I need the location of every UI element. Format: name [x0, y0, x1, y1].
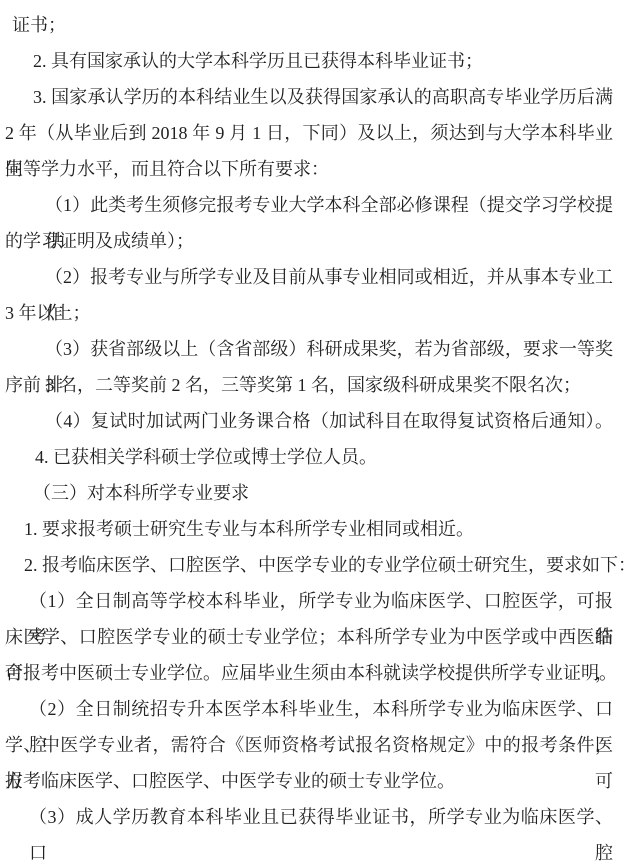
text-line: 3 年以上； — [5, 295, 613, 331]
text-line: 可报考中医硕士专业学位。应届毕业生须由本科就读学校提供所学专业证明。 — [5, 655, 613, 691]
text-line: （4）复试时加试两门业务课合格（加试科目在取得复试资格后通知）。 — [45, 403, 613, 439]
text-line: （3）获省部级以上（含省部级）科研成果奖，若为省部级，要求一等奖排 — [45, 331, 613, 367]
text-line: （三）对本科所学专业要求 — [33, 475, 613, 511]
text-line: 1. 要求报考硕士研究生专业与本科所学专业相同或相近。 — [24, 511, 613, 547]
text-line: （3）成人学历教育本科毕业且已获得毕业证书，所学专业为临床医学、口腔 — [29, 799, 613, 835]
text-line: 2 年（从毕业后到 2018 年 9 月 1 日，下同）及以上，须达到与大学本科… — [5, 115, 613, 151]
document-page: 证书； 2. 具有国家承认的大学本科学历且已获得本科毕业证书； 3. 国家承认学… — [0, 0, 632, 862]
text-line: （1）此类考生须修完报考专业大学本科全部必修课程（提交学习学校提供 — [45, 187, 613, 223]
text-line: 4. 已获相关学科硕士学位或博士学位人员。 — [35, 439, 613, 475]
text-line: （1）全日制高等学校本科毕业，所学专业为临床医学、口腔医学，可报考临 — [29, 583, 613, 619]
text-line: 床医学、口腔医学专业的硕士专业学位；本科所学专业为中医学或中西医结合， — [5, 619, 613, 655]
text-line: （2）报考专业与所学专业及目前从事专业相同或相近，并从事本专业工作 — [45, 259, 613, 295]
text-line: 序前 3 名，二等奖前 2 名，三等奖第 1 名，国家级科研成果奖不限名次； — [5, 367, 613, 403]
text-line: 2. 具有国家承认的大学本科学历且已获得本科毕业证书； — [33, 43, 613, 79]
text-line: 学、中医学专业者，需符合《医师资格考试报名资格规定》中的报考条件，方可 — [5, 727, 613, 763]
text-line: 同等学力水平，而且符合以下所有要求： — [5, 151, 613, 187]
text-line: 3. 国家承认学历的本科结业生以及获得国家承认的高职高专毕业学历后满 — [33, 79, 613, 115]
text-line: 2. 报考临床医学、口腔医学、中医学专业的专业学位硕士研究生，要求如下： — [24, 547, 613, 583]
text-line: 证书； — [12, 7, 613, 43]
text-line: 的学习证明及成绩单）； — [5, 223, 613, 259]
text-line: （2）全日制统招专升本医学本科毕业生，本科所学专业为临床医学、口腔医 — [29, 691, 613, 727]
